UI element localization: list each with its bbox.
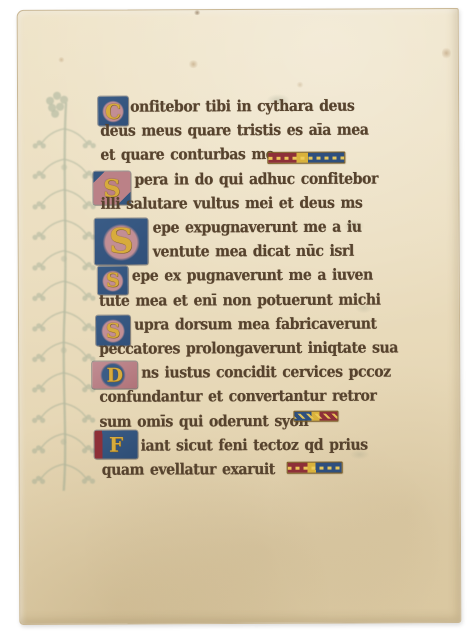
stain <box>442 47 451 59</box>
illuminated-initial-F: F <box>94 430 137 458</box>
illuminated-initial-S: S <box>98 266 128 294</box>
manuscript-text-line: deus meus quare tristis es aīa mea <box>100 122 368 147</box>
manuscript-text-line: et quare conturbas me <box>100 146 274 171</box>
manuscript-text-line: peccatores prolongaverunt iniqtate sua <box>99 339 398 365</box>
line-filler-ornament <box>287 462 343 474</box>
stain <box>188 60 199 68</box>
initial-letter: C <box>105 99 121 123</box>
manuscript-text-line: ventute mea dicat nūc isrl <box>153 243 354 268</box>
manuscript-text-line: pera in do qui adhuc confitebor <box>134 170 378 195</box>
manuscript-text-line: iant sicut feni tectoz qd prius <box>141 436 368 461</box>
photo-backdrop: { "page": { "description": "Photograph o… <box>0 0 474 640</box>
illuminated-initial-S: S <box>95 218 148 264</box>
illuminated-initial-C: C <box>98 96 128 125</box>
initial-letter: F <box>109 433 123 457</box>
manuscript-text-line: quam evellatur exaruit <box>102 461 275 486</box>
illuminated-initial-D: D <box>92 361 137 388</box>
manuscript-text-line: upra dorsum mea fabricaverunt <box>134 315 377 340</box>
text-block: Confitebor tibi in cythara deusdeus meus… <box>18 9 458 11</box>
manuscript-text-line: epe expugnaverunt me a iu <box>153 218 362 243</box>
initial-letter: D <box>106 364 123 386</box>
manuscript-text-line: epe ex pugnaverunt me a iuven <box>132 267 373 292</box>
line-filler-ornament <box>267 152 345 164</box>
stain <box>58 57 65 63</box>
manuscript-text-line: ns iustus concidit cervices pccoz <box>141 364 391 389</box>
manuscript-text-line: tute mea et enī non potuerunt michi <box>99 291 381 316</box>
manuscript-text-line: confundantur et convertantur retror <box>99 388 376 413</box>
manuscript-text-line: illi salutare vultus mei et deus ms <box>100 194 362 219</box>
stain <box>296 82 304 88</box>
initial-letter: S <box>109 221 134 261</box>
initial-letter: S <box>106 270 120 292</box>
manuscript-text-line: onfitebor tibi in cythara deus <box>130 97 354 122</box>
manuscript-leaf: Confitebor tibi in cythara deusdeus meus… <box>17 8 462 625</box>
initial-letter: S <box>106 319 121 343</box>
stain <box>194 10 201 15</box>
line-filler-ornament <box>293 411 338 422</box>
